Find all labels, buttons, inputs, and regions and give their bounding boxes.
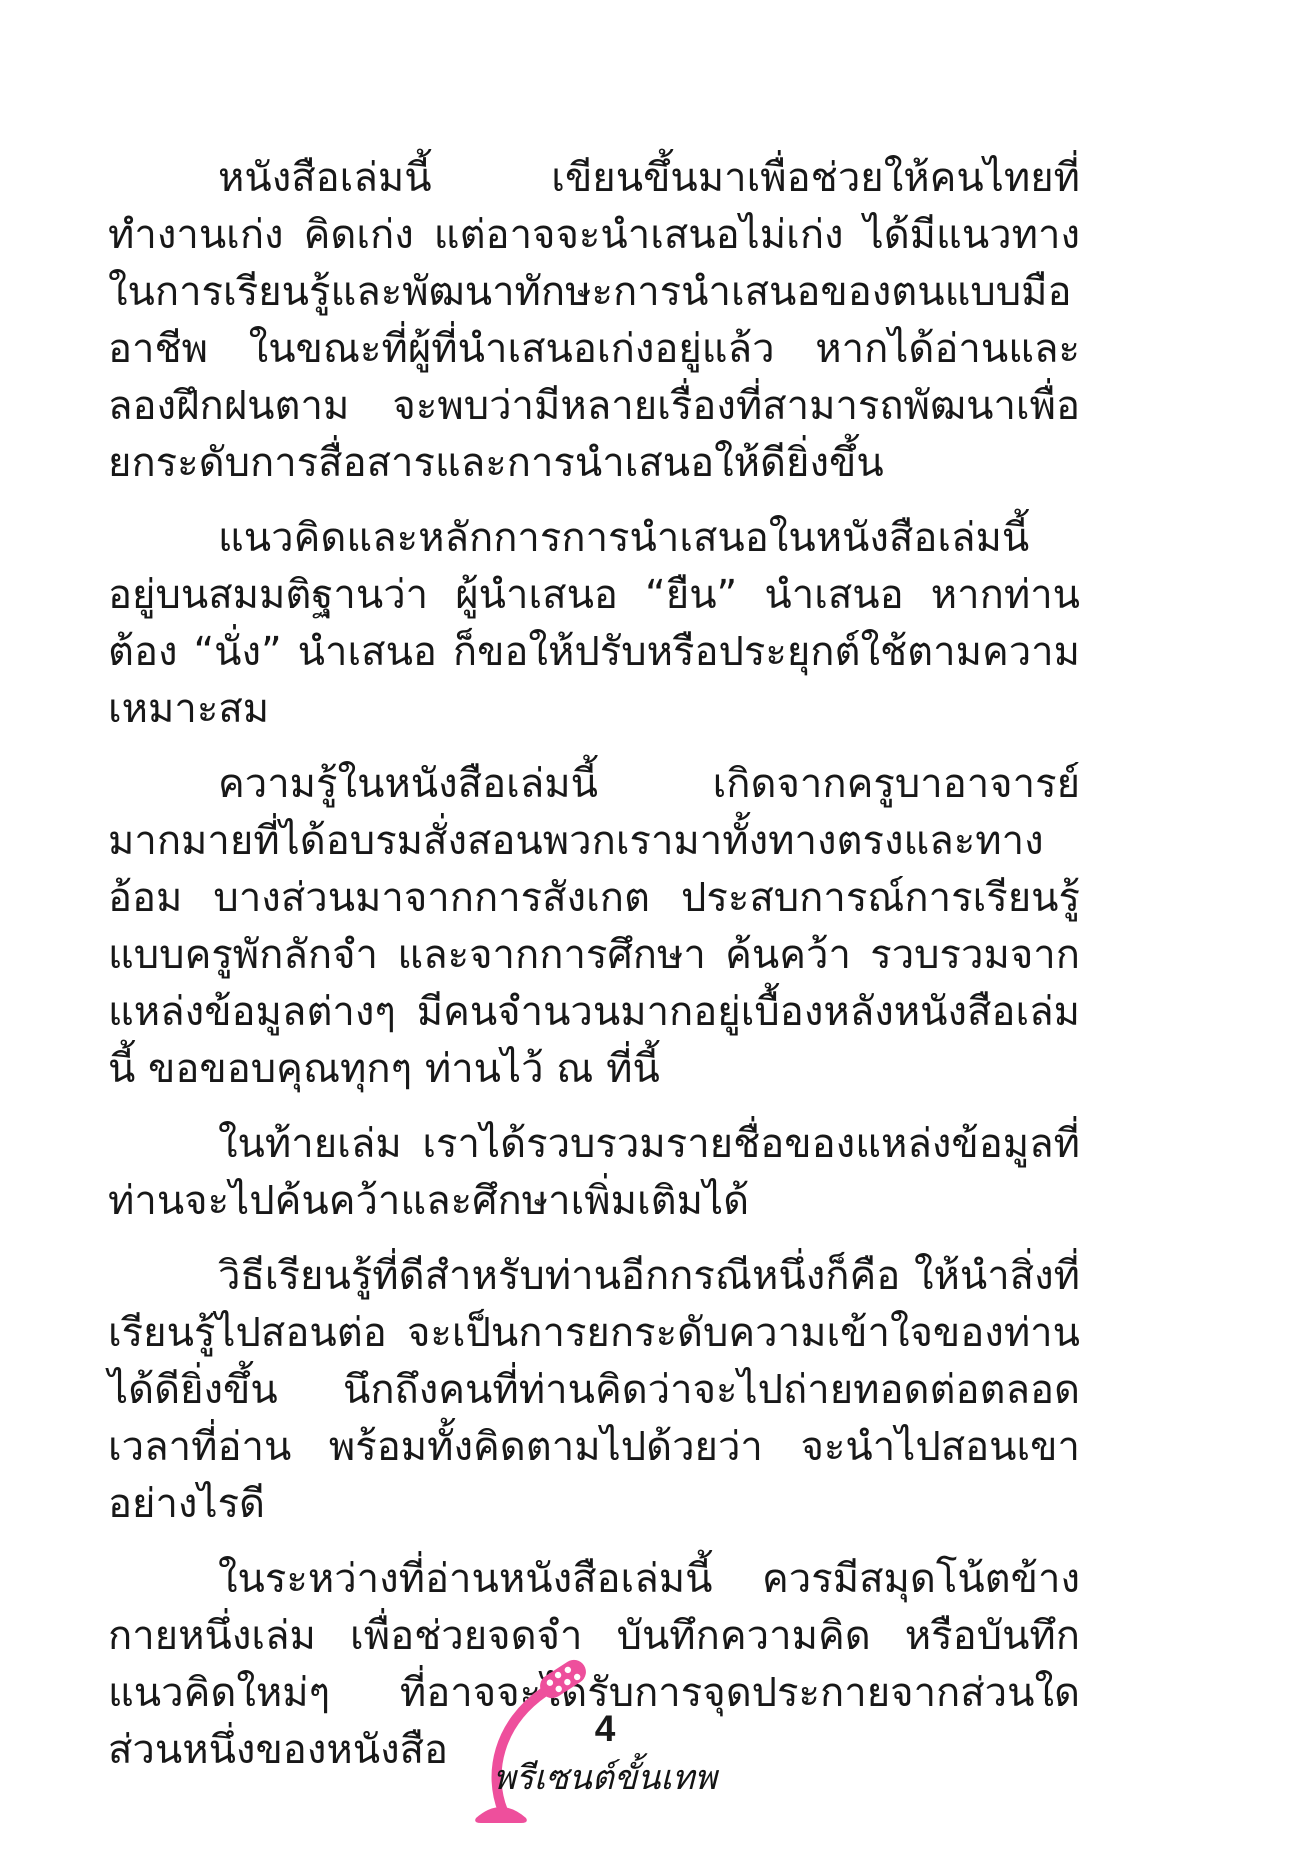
mic-base [475,1807,527,1823]
paragraph-2: แนวคิดและหลักการการนำเสนอในหนังสือเล่มนี… [108,510,1080,738]
book-title-footer: พรีเซนต์ขั้นเทพ [470,1750,740,1804]
page-body: หนังสือเล่มนี้ เขียนขึ้นมาเพื่อช่วยให้คน… [108,150,1080,1797]
page-footer: 4 พรีเซนต์ขั้นเทพ [0,1650,1289,1867]
page-number: 4 [540,1708,670,1750]
paragraph-3: ความรู้ในหนังสือเล่มนี้ เกิดจากครูบาอาจา… [108,756,1080,1098]
paragraph-1: หนังสือเล่มนี้ เขียนขึ้นมาเพื่อช่วยให้คน… [108,150,1080,492]
book-page: หนังสือเล่มนี้ เขียนขึ้นมาเพื่อช่วยให้คน… [0,0,1289,1867]
paragraph-5: วิธีเรียนรู้ที่ดีสำหรับท่านอีกกรณีหนึ่งก… [108,1248,1080,1533]
paragraph-4: ในท้ายเล่ม เราได้รวบรวมรายชื่อของแหล่งข้… [108,1116,1080,1230]
